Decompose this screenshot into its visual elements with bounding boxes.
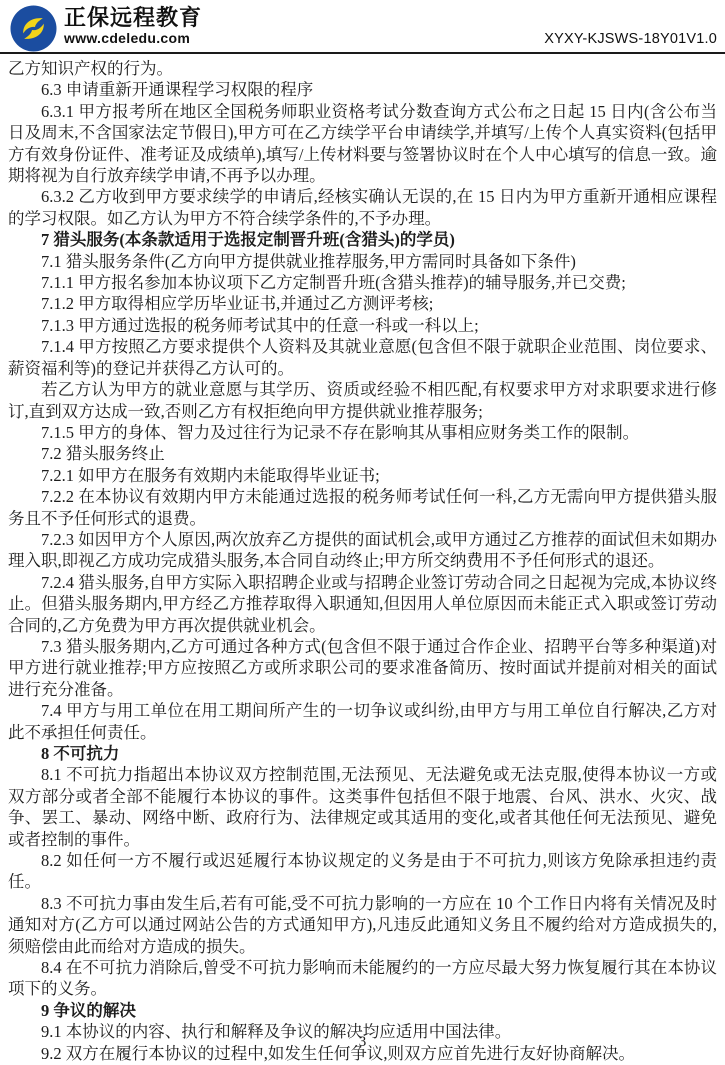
paragraph: 7.1.4 甲方按照乙方要求提供个人资料及其就业意愿(包含但不限于就职企业范围、… <box>8 336 717 379</box>
paragraph: 7.4 甲方与用工单位在用工期间所产生的一切争议或纠纷,由甲方与用工单位自行解决… <box>8 700 717 743</box>
paragraph: 若乙方认为甲方的就业意愿与其学历、资质或经验不相匹配,有权要求甲方对求职要求进行… <box>8 379 717 422</box>
paragraph: 8.1 不可抗力指超出本协议双方控制范围,无法预见、无法避免或无法克服,使得本协… <box>8 764 717 850</box>
paragraph: 7.2.4 猎头服务,自甲方实际入职招聘企业或与招聘企业签订劳动合同之日起视为完… <box>8 572 717 636</box>
page-number: 3 <box>359 1034 367 1050</box>
paragraph: 7.1.3 甲方通过选报的税务师考试其中的任意一科或一科以上; <box>8 315 717 336</box>
paragraph: 7.1.5 甲方的身体、智力及过往行为记录不存在影响其从事相应财务类工作的限制。 <box>8 422 717 443</box>
paragraph: 6.3.1 甲方报考所在地区全国税务师职业资格考试分数查询方式公布之日起 15 … <box>8 101 717 187</box>
page-footer: 3 <box>0 1034 725 1051</box>
section-heading: 9 争议的解决 <box>8 1000 717 1021</box>
paragraph: 6.3 申请重新开通课程学习权限的程序 <box>8 79 717 100</box>
document-page: 正保远程教育 www.cdeledu.com XYXY-KJSWS-18Y01V… <box>0 0 725 1065</box>
paragraph: 7.1.1 甲方报名参加本协议项下乙方定制晋升班(含猎头推荐)的辅导服务,并已交… <box>8 272 717 293</box>
paragraph: 7.2.2 在本协议有效期内甲方未能通过选报的税务师考试任何一科,乙方无需向甲方… <box>8 486 717 529</box>
paragraph: 7.1 猎头服务条件(乙方向甲方提供就业推荐服务,甲方需同时具备如下条件) <box>8 251 717 272</box>
brand-website: www.cdeledu.com <box>64 30 202 47</box>
paragraph: 7.3 猎头服务期内,乙方可通过各种方式(包含但不限于通过合作企业、招聘平台等多… <box>8 636 717 700</box>
paragraph: 7.2.3 如因甲方个人原因,两次放弃乙方提供的面试机会,或甲方通过乙方推荐的面… <box>8 529 717 572</box>
paragraph: 7.1.2 甲方取得相应学历毕业证书,并通过乙方测评考核; <box>8 293 717 314</box>
document-code: XYXY-KJSWS-18Y01V1.0 <box>544 31 717 47</box>
section-heading: 7 猎头服务(本条款适用于选报定制晋升班(含猎头)的学员) <box>8 229 717 250</box>
paragraph: 乙方知识产权的行为。 <box>8 58 717 79</box>
paragraph: 8.3 不可抗力事由发生后,若有可能,受不可抗力影响的一方应在 10 个工作日内… <box>8 893 717 957</box>
paragraph: 6.3.2 乙方收到甲方要求续学的申请后,经核实确认无误的,在 15 日内为甲方… <box>8 186 717 229</box>
paragraph: 7.2.1 如甲方在服务有效期内未能取得毕业证书; <box>8 465 717 486</box>
document-body: 乙方知识产权的行为。6.3 申请重新开通课程学习权限的程序6.3.1 甲方报考所… <box>0 54 725 1064</box>
brand-logo: 正保远程教育 www.cdeledu.com <box>10 5 202 52</box>
brand-text: 正保远程教育 www.cdeledu.com <box>64 5 202 47</box>
section-heading: 8 不可抗力 <box>8 743 717 764</box>
brand-name: 正保远程教育 <box>64 5 202 30</box>
paragraph: 7.2 猎头服务终止 <box>8 443 717 464</box>
brand-logo-icon <box>10 5 57 52</box>
paragraph: 8.4 在不可抗力消除后,曾受不可抗力影响而未能履约的一方应尽最大努力恢复履行其… <box>8 957 717 1000</box>
page-header: 正保远程教育 www.cdeledu.com XYXY-KJSWS-18Y01V… <box>0 0 725 54</box>
paragraph: 8.2 如任何一方不履行或迟延履行本协议规定的义务是由于不可抗力,则该方免除承担… <box>8 850 717 893</box>
